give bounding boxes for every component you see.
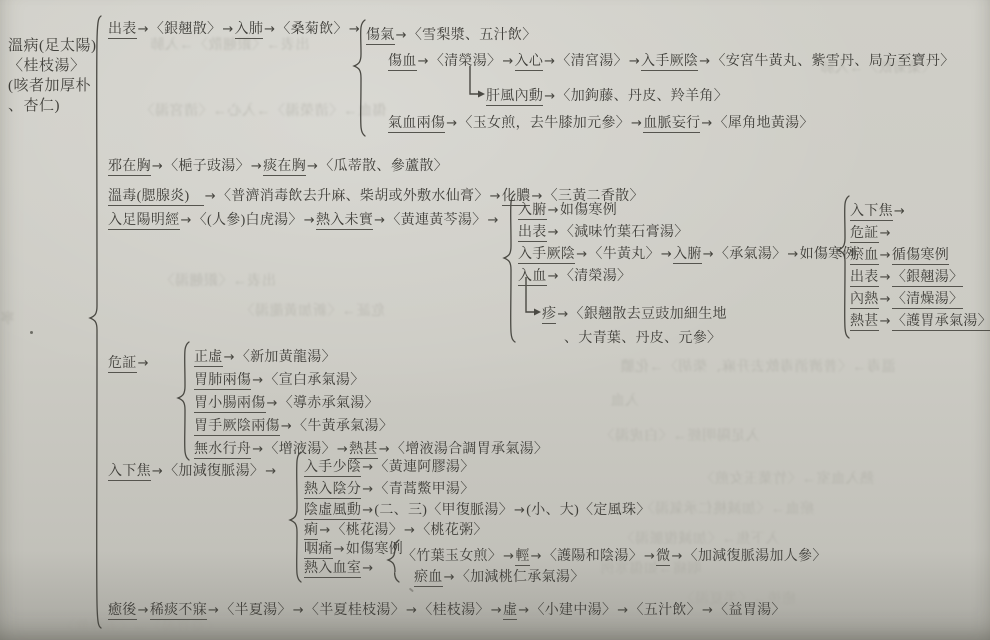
arrow-glyph: → [207,603,220,618]
flow-term: 入腑 [673,247,702,264]
arrow-glyph: → [251,373,264,388]
flow-formula: 、大青葉、丹皮、元參〉 [564,331,721,346]
flow-term: 輕 [515,549,529,566]
flow-formula: 〈加減桃仁承氣湯〉 [456,570,585,585]
flow-line-10: 出表→〈減味竹葉石膏湯〉 [518,221,689,241]
flow-term: 出表 [850,270,879,287]
flow-formula: 〈安宮牛黃丸、紫雪丹、局方至寶丹〉 [711,54,954,69]
arrow-glyph: → [701,603,714,618]
arrow-glyph: → [543,89,556,104]
flow-term: 熱入陰分 [304,482,361,499]
arrow-glyph: → [306,159,319,174]
flow-term: 溫毒(腮腺炎) [108,189,204,206]
flow-formula: 〈清宮湯〉 [556,54,628,69]
flow-term: 入血 [518,269,547,286]
flow-formula: 如傷寒例 [346,542,403,557]
flow-term: 〈清燥湯〉 [892,292,964,309]
flow-line-9: 入腑→如傷寒例 [518,199,617,219]
arrow-glyph: → [378,442,391,457]
flow-line-15: 入下焦→ [850,200,906,220]
arrow-glyph: → [543,54,556,69]
flow-term: 胃小腸兩傷 [194,396,266,413]
scanned-tcm-flowchart-page: 出表→〈銀翹散〉→入肺傷血→〈清榮湯〉→入心→〈清宮湯〉〈桑菊飲〉→入肺出表→〈… [0,0,990,640]
flow-line-34: 〈竹葉玉女煎〉→輕→〈護陽和陰湯〉→微→〈加減復脈湯加人參〉 [402,545,827,565]
flow-formula: 〈牛黃丸〉 [588,247,660,262]
flow-term: 熱甚 [850,314,879,331]
arrow-glyph: → [250,159,263,174]
flow-term: 胃肺兩傷 [194,373,251,390]
arrow-glyph: → [403,523,416,538]
corner-arrow-head [478,91,485,98]
arrow-glyph: → [879,248,892,263]
flow-term: 入手厥陰 [641,54,698,71]
flow-line-21: 危証→ [108,352,150,372]
flow-term: 癒後 [108,603,137,620]
flow-term: 入下焦 [850,204,893,221]
bleedthrough-text: 傷血→〈清榮湯〉→入心→〈清宮湯〉 [140,100,387,120]
flow-formula: 〈桃花粥〉 [416,523,488,538]
arrow-glyph: → [501,54,514,69]
flow-term: 氣血兩傷 [388,116,445,133]
flow-formula: 〈玉女煎，去牛膝加元參〉 [458,116,630,131]
flow-term: 熱入未實 [316,213,373,230]
flow-line-13: 疹→〈銀翹散去豆豉加細生地 [542,303,727,323]
flow-line-16: 危証→ [850,222,892,242]
arrow-glyph: → [264,464,277,479]
flow-term: 血脈妄行 [643,116,700,133]
flow-formula: 〈竹葉玉女煎〉 [402,549,502,564]
flow-formula: 〈加鉤藤、丹皮、羚羊角〉 [556,89,728,104]
flow-term: 疹 [542,307,556,324]
corner-arrow-line [470,66,478,94]
flow-line-14: 、大青葉、丹皮、元參〉 [564,327,721,347]
flow-term: 入手厥陰 [518,247,575,264]
arrow-glyph: → [405,603,418,618]
flow-line-28: 入手少陰→〈黃連阿膠湯〉 [304,456,475,476]
arrow-glyph: → [263,22,276,37]
arrow-glyph: → [700,116,713,131]
flow-line-8: 入足陽明經→〈(人參)白虎湯〉→熱入未實→〈黃連黃芩湯〉→ [108,209,500,229]
arrow-glyph: → [280,419,293,434]
paper-speck [30,331,33,334]
flow-term: 虛 [503,603,517,620]
flow-term: 瘀血 [850,248,879,265]
flow-term: 肝風內動 [486,89,543,106]
bleedthrough-text: 熱入血室→〈竹葉玉女煎〉 [700,468,874,488]
arrow-glyph: → [879,226,892,241]
diagram-title-line: (咳者加厚朴 [8,76,97,96]
flow-term: 循傷寒例 [892,248,949,265]
flow-line-3: 傷血→〈清榮湯〉→入心→〈清宮湯〉→入手厥陰→〈安宮牛黃丸、紫雪丹、局方至寶丹〉 [388,50,955,70]
flow-term: 危証 [850,226,879,243]
diagram-title-line: 、杏仁) [8,96,97,116]
flow-line-12: 入血→〈清榮湯〉 [518,265,631,285]
flow-term: 正虛 [194,350,223,367]
flow-formula: 〈梔子豉湯〉 [164,159,250,174]
arrow-glyph: → [879,292,892,307]
arrow-glyph: → [786,247,799,262]
flow-line-24: 胃小腸兩傷→〈導赤承氣湯〉 [194,392,379,412]
flow-formula: 〈加減復脈湯〉 [164,464,264,479]
arrow-glyph: → [251,442,264,457]
flow-formula: 〈小建中湯〉 [530,603,616,618]
flow-term: 入足陽明經 [108,213,180,230]
arrow-glyph: → [361,482,374,497]
flow-term: 陰虛風動 [304,503,361,520]
arrow-glyph: → [513,503,526,518]
flow-formula: 〈五汁飲〉 [629,603,701,618]
flow-term: 入下焦 [108,464,151,481]
flow-term: 入手少陰 [304,460,361,477]
flow-formula: (二、三)〈甲復脈湯〉 [374,503,513,518]
bleedthrough-text: 危証→〈新加黃龍湯〉 [240,300,385,320]
arrow-glyph: → [361,460,374,475]
arrow-glyph: → [547,269,560,284]
arrow-glyph: → [486,213,499,228]
flow-line-5: 氣血兩傷→〈玉女煎，去牛膝加元參〉→血脈妄行→〈犀角地黃湯〉 [388,112,814,132]
flow-formula: 〈加減復脈湯加人參〉 [684,549,827,564]
diagram-title-line: 〈桂枝湯〉 [8,56,97,76]
arrow-glyph: → [530,549,543,564]
flow-formula: 〈導赤承氣湯〉 [279,396,379,411]
arrow-glyph: → [137,22,150,37]
flow-formula: (小、大)〈定風珠〉 [526,503,650,518]
arrow-glyph: → [151,159,164,174]
arrow-glyph: → [333,542,346,557]
flow-term: 稀痰不寐 [150,603,207,620]
flow-term: 瘀血 [414,570,443,587]
arrow-glyph: → [223,350,236,365]
arrow-glyph: → [502,549,515,564]
flow-term: 無水行舟 [194,442,251,459]
flow-formula: 〈半夏桂枝湯〉 [305,603,405,618]
arrow-glyph: → [556,307,569,322]
flow-line-20: 熱甚→〈護胃承氣湯〉 [850,310,990,330]
flow-formula: 〈承氣湯〉 [715,247,787,262]
arrow-glyph: → [702,247,715,262]
group-brace [504,194,515,342]
arrow-glyph: → [137,356,150,371]
flow-term: 出表 [108,22,137,39]
flow-term: 危証 [108,356,137,373]
flow-formula: 〈桂枝湯〉 [418,603,490,618]
flow-line-27: 入下焦→〈加減復脈湯〉→ [108,460,277,480]
flow-term: 出表 [518,225,547,242]
arrow-glyph: → [879,270,892,285]
arrow-glyph: → [490,603,503,618]
flow-term: 微 [656,549,670,566]
flow-formula: 〈(人參)白虎湯〉 [193,213,303,228]
flow-formula: 〈雪梨漿、五汁飲〉 [408,28,537,43]
arrow-glyph: → [336,442,349,457]
flow-line-32: 咽痛→如傷寒例 [304,538,403,558]
flow-line-31: 痢→〈桃花湯〉→〈桃花粥〉 [304,519,488,539]
arrow-glyph: → [204,189,217,204]
arrow-glyph: → [361,503,374,518]
arrow-glyph: → [395,28,408,43]
flow-formula: 〈黃連阿膠湯〉 [374,460,474,475]
paper-speck [409,588,414,592]
arrow-glyph: → [373,213,386,228]
flow-formula: 〈清榮湯〉 [430,54,502,69]
group-brace [838,196,849,338]
flow-line-22: 正虛→〈新加黃龍湯〉 [194,346,336,366]
diagram-title-block: 溫病(足太陽) 〈桂枝湯〉 (咳者加厚朴 、杏仁) [8,36,97,116]
arrow-glyph: → [137,603,150,618]
arrow-glyph: → [698,54,711,69]
flow-term: 入肺 [235,22,264,39]
bleedthrough-text: 寧 [0,308,15,328]
arrow-glyph: → [517,603,530,618]
arrow-glyph: → [266,396,279,411]
flow-line-19: 內熱→〈清燥湯〉 [850,288,963,308]
flow-term: 入腑 [518,203,547,220]
flow-formula: 〈益胃湯〉 [714,603,786,618]
arrow-glyph: → [575,247,588,262]
arrow-glyph: → [489,189,502,204]
flow-formula: 〈銀翹散去豆豉加細生地 [570,307,727,322]
arrow-glyph: → [180,213,193,228]
flow-line-26: 無水行舟→〈增液湯〉→熱甚→〈增液湯合調胃承氣湯〉 [194,438,548,458]
flow-line-6: 邪在胸→〈梔子豉湯〉→痰在胸→〈瓜蒂散、參蘆散〉 [108,155,448,175]
flow-term: 傷氣 [366,28,395,45]
arrow-glyph: → [547,203,560,218]
flow-line-18: 出表→〈銀翹湯〉 [850,266,963,286]
flow-formula: 〈半夏湯〉 [220,603,292,618]
flow-formula: 〈牛黃承氣湯〉 [293,419,393,434]
flow-term: 內熱 [850,292,879,309]
arrow-glyph: → [348,22,361,37]
flow-term: 入心 [515,54,544,71]
flow-formula: 如傷寒例 [560,203,617,218]
flow-line-17: 瘀血→循傷寒例 [850,244,949,264]
flow-formula: 〈犀角地黃湯〉 [714,116,814,131]
group-brace [178,342,189,460]
flow-term: 〈銀翹湯〉 [892,270,964,287]
arrow-glyph: → [630,116,643,131]
flow-formula: 如傷寒例 [800,247,857,262]
arrow-glyph: → [151,464,164,479]
arrow-glyph: → [445,116,458,131]
flow-formula: 〈青蒿鱉甲湯〉 [374,482,474,497]
flow-line-33: 熱入血室→ [304,557,374,577]
diagram-title-line: 溫病(足太陽) [8,36,97,56]
flow-line-4: 肝風內動→〈加鉤藤、丹皮、羚羊角〉 [486,85,728,105]
arrow-glyph: → [361,561,374,576]
arrow-glyph: → [547,225,560,240]
flow-formula: 〈護陽和陰湯〉 [543,549,643,564]
arrow-glyph: → [303,213,316,228]
flow-formula: 〈桃花湯〉 [332,523,404,538]
flow-line-30: 陰虛風動→(二、三)〈甲復脈湯〉→(小、大)〈定風珠〉 [304,499,651,519]
arrow-glyph: → [670,549,683,564]
flow-formula: 〈新加黃龍湯〉 [236,350,336,365]
flow-formula: 〈瓜蒂散、參蘆散〉 [319,159,448,174]
arrow-glyph: → [443,570,456,585]
flow-formula: 〈普濟消毒飲去升麻、柴胡或外敷水仙膏〉 [217,189,489,204]
corner-arrow-head [534,309,541,316]
flow-line-29: 熱入陰分→〈青蒿鱉甲湯〉 [304,478,475,498]
bleedthrough-text: 溫毒→〈普濟消毒飲去升麻、柴胡〉→化膿 [620,356,896,376]
arrow-glyph: → [616,603,629,618]
flow-term: 胃手厥陰兩傷 [194,419,280,436]
flow-formula: 〈清榮湯〉 [560,269,632,284]
flow-formula: 〈減味竹葉石膏湯〉 [560,225,689,240]
arrow-glyph: → [879,314,892,329]
flow-formula: 〈宣白承氣湯〉 [264,373,364,388]
arrow-glyph: → [221,22,234,37]
flow-term: 邪在胸 [108,159,151,176]
arrow-glyph: → [660,247,673,262]
flow-line-25: 胃手厥陰兩傷→〈牛黃承氣湯〉 [194,415,393,435]
group-brace [290,452,301,582]
arrow-glyph: → [893,204,906,219]
arrow-glyph: → [417,54,430,69]
flow-line-23: 胃肺兩傷→〈宣白承氣湯〉 [194,369,365,389]
flow-line-35: 瘀血→〈加減桃仁承氣湯〉 [414,566,585,586]
bleedthrough-text: 瘀血→〈加減桃仁承氣湯〉 [640,498,814,518]
arrow-glyph: → [628,54,641,69]
arrow-glyph: → [292,603,305,618]
flow-term: 痰在胸 [263,159,306,176]
flow-line-11: 入手厥陰→〈牛黃丸〉→入腑→〈承氣湯〉→如傷寒例 [518,243,857,263]
arrow-glyph: → [318,523,331,538]
flow-term: 傷血 [388,54,417,71]
flow-formula: 〈桑菊飲〉 [276,22,348,37]
flow-line-1: 出表→〈銀翹散〉→入肺→〈桑菊飲〉→ [108,18,361,38]
bleedthrough-text: 入血 [610,390,639,410]
arrow-glyph: → [643,549,656,564]
flow-formula: 〈增液湯合調胃承氣湯〉 [391,442,548,457]
flow-term: 〈護胃承氣湯〉 [892,314,990,331]
flow-formula: 〈增液湯〉 [264,442,336,457]
flow-formula: 〈黃連黃芩湯〉 [386,213,486,228]
flow-term: 熱入血室 [304,561,361,578]
bleedthrough-text: 出表→〈銀翹湯〉 [160,270,276,290]
bleedthrough-text: 入足陽明經→〈白虎湯〉 [600,425,760,445]
flow-line-2: 傷氣→〈雪梨漿、五汁飲〉 [366,24,537,44]
flow-formula: 〈銀翹散〉 [150,22,222,37]
flow-line-36: 癒後→稀痰不寐→〈半夏湯〉→〈半夏桂枝湯〉→〈桂枝湯〉→虛→〈小建中湯〉→〈五汁… [108,599,786,619]
